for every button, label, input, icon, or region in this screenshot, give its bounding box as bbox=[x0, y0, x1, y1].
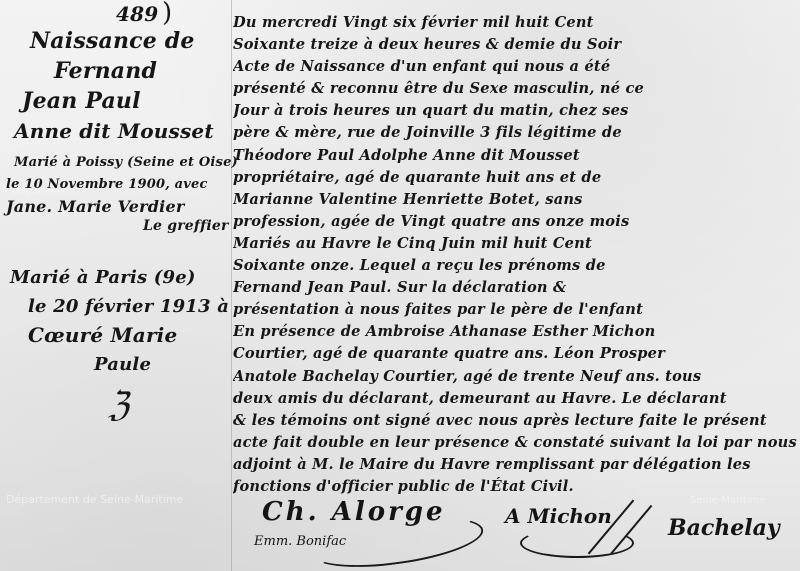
act-line: propriétaire, agé de quarante huit ans e… bbox=[233, 167, 800, 189]
margin-title-line: Anne dit Mousset bbox=[14, 116, 224, 146]
witness-two-signature: Bachelay bbox=[668, 515, 780, 541]
mention-line: Marié à Paris (9e) bbox=[8, 263, 228, 292]
greffier-signature: Le greffier bbox=[143, 218, 229, 234]
act-line: père & mère, rue de Joinville 3 fils lég… bbox=[233, 122, 800, 144]
mention-line: Jane. Marie Verdier bbox=[6, 196, 230, 218]
act-line: Du mercredi Vingt six février mil huit C… bbox=[233, 12, 800, 34]
marginal-mention-second-marriage: Marié à Paris (9e) le 20 février 1913 à … bbox=[8, 263, 228, 379]
bracket-mark: ) bbox=[162, 0, 172, 28]
act-line: En présence de Ambroise Athanase Esther … bbox=[233, 321, 800, 343]
mention-line: Marié à Poissy (Seine et Oise) bbox=[6, 152, 230, 174]
paraph-mark: ℨ bbox=[108, 385, 129, 425]
act-line: Jour à trois heures un quart du matin, c… bbox=[233, 100, 800, 122]
act-line: Soixante onze. Lequel a reçu les prénoms… bbox=[233, 255, 800, 277]
act-line: Courtier, agé de quarante quatre ans. Lé… bbox=[233, 343, 800, 365]
mention-line: Cœuré Marie bbox=[8, 321, 228, 350]
act-line: fonctions d'officier public de l'État Ci… bbox=[233, 476, 800, 498]
act-line: Marianne Valentine Henriette Botet, sans bbox=[233, 189, 800, 211]
signature-flourish bbox=[520, 528, 634, 558]
act-line: Soixante treize à deux heures & demie du… bbox=[233, 34, 800, 56]
archive-watermark: Département de Seine-Maritime bbox=[6, 493, 183, 506]
act-number: 489 bbox=[116, 2, 158, 26]
register-page: Département de Seine-Maritime Départemen… bbox=[0, 0, 800, 571]
act-line: Fernand Jean Paul. Sur la déclaration & bbox=[233, 277, 800, 299]
act-line: présentation à nous faites par le père d… bbox=[233, 299, 800, 321]
act-line: Anatole Bachelay Courtier, agé de trente… bbox=[233, 366, 800, 388]
margin-title-line: Naissance de bbox=[14, 26, 224, 56]
margin-title-line: Jean Paul bbox=[14, 86, 224, 116]
act-line: & les témoins ont signé avec nous après … bbox=[233, 410, 800, 432]
margin-title: Naissance de Fernand Jean Paul Anne dit … bbox=[14, 26, 224, 146]
act-body: Du mercredi Vingt six février mil huit C… bbox=[233, 12, 800, 498]
act-line: profession, agée de Vingt quatre ans onz… bbox=[233, 211, 800, 233]
act-line: adjoint à M. le Maire du Havre remplissa… bbox=[233, 454, 800, 476]
mention-line: le 10 Novembre 1900, avec bbox=[6, 174, 230, 196]
act-line: Mariés au Havre le Cinq Juin mil huit Ce… bbox=[233, 233, 800, 255]
act-line: acte fait double en leur présence & cons… bbox=[233, 432, 800, 454]
witness-one-signature: A Michon bbox=[505, 504, 612, 528]
act-line: Acte de Naissance d'un enfant qui nous a… bbox=[233, 56, 800, 78]
mention-line: Paule bbox=[8, 350, 228, 379]
act-line: présenté & reconnu être du Sexe masculin… bbox=[233, 78, 800, 100]
marginal-mention-first-marriage: Marié à Poissy (Seine et Oise) le 10 Nov… bbox=[6, 152, 230, 218]
margin-rule bbox=[231, 0, 232, 571]
mention-line: le 20 février 1913 à bbox=[8, 292, 228, 321]
margin-title-line: Fernand bbox=[14, 56, 224, 86]
act-line: Théodore Paul Adolphe Anne dit Mousset bbox=[233, 145, 800, 167]
act-line: deux amis du déclarant, demeurant au Hav… bbox=[233, 388, 800, 410]
